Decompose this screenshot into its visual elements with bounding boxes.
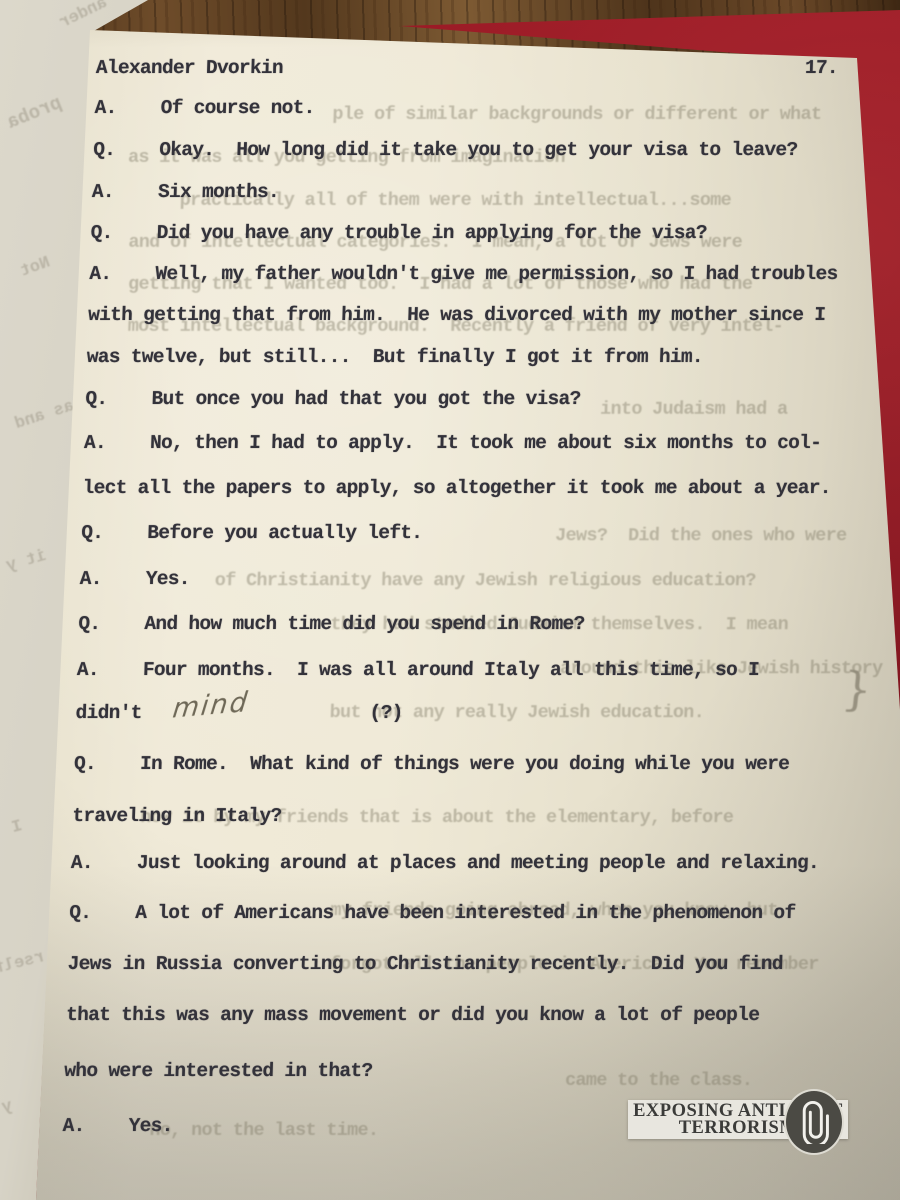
transcript-line: Jews in Russia converting to Christianit…: [67, 953, 783, 975]
mirrored-text-fragment: it y: [4, 547, 48, 577]
transcript-line: Q. Okay. How long did it take you to get…: [93, 139, 798, 161]
transcript-line: was twelve, but still... But finally I g…: [86, 346, 703, 368]
transcript-line-with-annotation: didn't mind (?): [75, 702, 496, 742]
interviewee-name: Alexander Dvorkin: [96, 57, 284, 79]
transcript-line: A. Four months. I was all around Italy a…: [77, 659, 760, 681]
handwritten-brace: }: [840, 661, 875, 717]
transcript-line: Q. In Rome. What kind of things were you…: [74, 753, 790, 775]
transcript-line: A. Well, my father wouldn't give me perm…: [89, 263, 838, 285]
page-header: Alexander Dvorkin 17.: [96, 57, 839, 79]
typed-word: didn't: [75, 702, 142, 724]
mirrored-text-fragment: proba: [4, 92, 65, 134]
ghost-line: into Judaism had a: [600, 399, 788, 420]
ghost-line: came to the class.: [565, 1070, 753, 1091]
paperclip-icon: [799, 1100, 829, 1144]
transcript-line: A. Yes.: [79, 568, 190, 590]
transcript-line: Q. Before you actually left.: [81, 522, 423, 544]
transcript-line: A. Yes.: [62, 1115, 173, 1137]
page-number: 17.: [805, 57, 839, 79]
watermark-text-line2: TERRORISM: [679, 1119, 798, 1137]
ghost-line: of Christianity have any Jewish religiou…: [214, 570, 756, 591]
watermark-logo-circle: [784, 1089, 844, 1155]
transcript-line: Q. A lot of Americans have been interest…: [69, 902, 796, 924]
transcript-line: Q. Did you have any trouble in applying …: [90, 222, 707, 244]
handwritten-annotation: mind: [171, 687, 251, 725]
transcript-line: Q. But once you had that you got the vis…: [85, 388, 581, 410]
photo-of-transcript-page: { "document": { "header": { "name": "Ale…: [0, 0, 900, 1200]
ghost-line: no, not the last time.: [149, 1120, 379, 1141]
transcript-line: with getting that from him. He was divor…: [88, 304, 826, 326]
transcript-line: who were interested in that?: [64, 1060, 373, 1082]
transcript-line: lect all the papers to apply, so altoget…: [82, 477, 831, 499]
transcript-line: A. Of course not.: [94, 97, 315, 119]
ghost-line: Jews? Did the ones who were: [555, 525, 847, 546]
typed-query-mark: (?): [369, 702, 403, 724]
transcript-line: traveling in Italy?: [72, 805, 282, 827]
mirrored-text-fragment: as and: [13, 397, 77, 434]
mirrored-text-fragment: y: [0, 1097, 14, 1118]
transcript-line: A. No, then I had to apply. It took me a…: [84, 432, 822, 454]
transcript-line: Q. And how much time did you spend in Ro…: [78, 613, 585, 635]
watermark-badge: EXPOSING ANTI CULT TERRORISM: [628, 1097, 858, 1157]
mirrored-text-fragment: I: [10, 817, 25, 838]
typed-text-layer: Alexander Dvorkin 17. ple of similar bac…: [60, 0, 888, 1200]
transcript-line: A. Six months.: [92, 181, 280, 203]
ghost-line: ple of similar backgrounds or different …: [332, 104, 822, 125]
mirrored-text-fragment: rself: [0, 948, 47, 979]
mirrored-text-fragment: Not: [18, 253, 53, 281]
transcript-line: that this was any mass movement or did y…: [66, 1004, 760, 1026]
transcript-line: A. Just looking around at places and mee…: [71, 852, 820, 874]
